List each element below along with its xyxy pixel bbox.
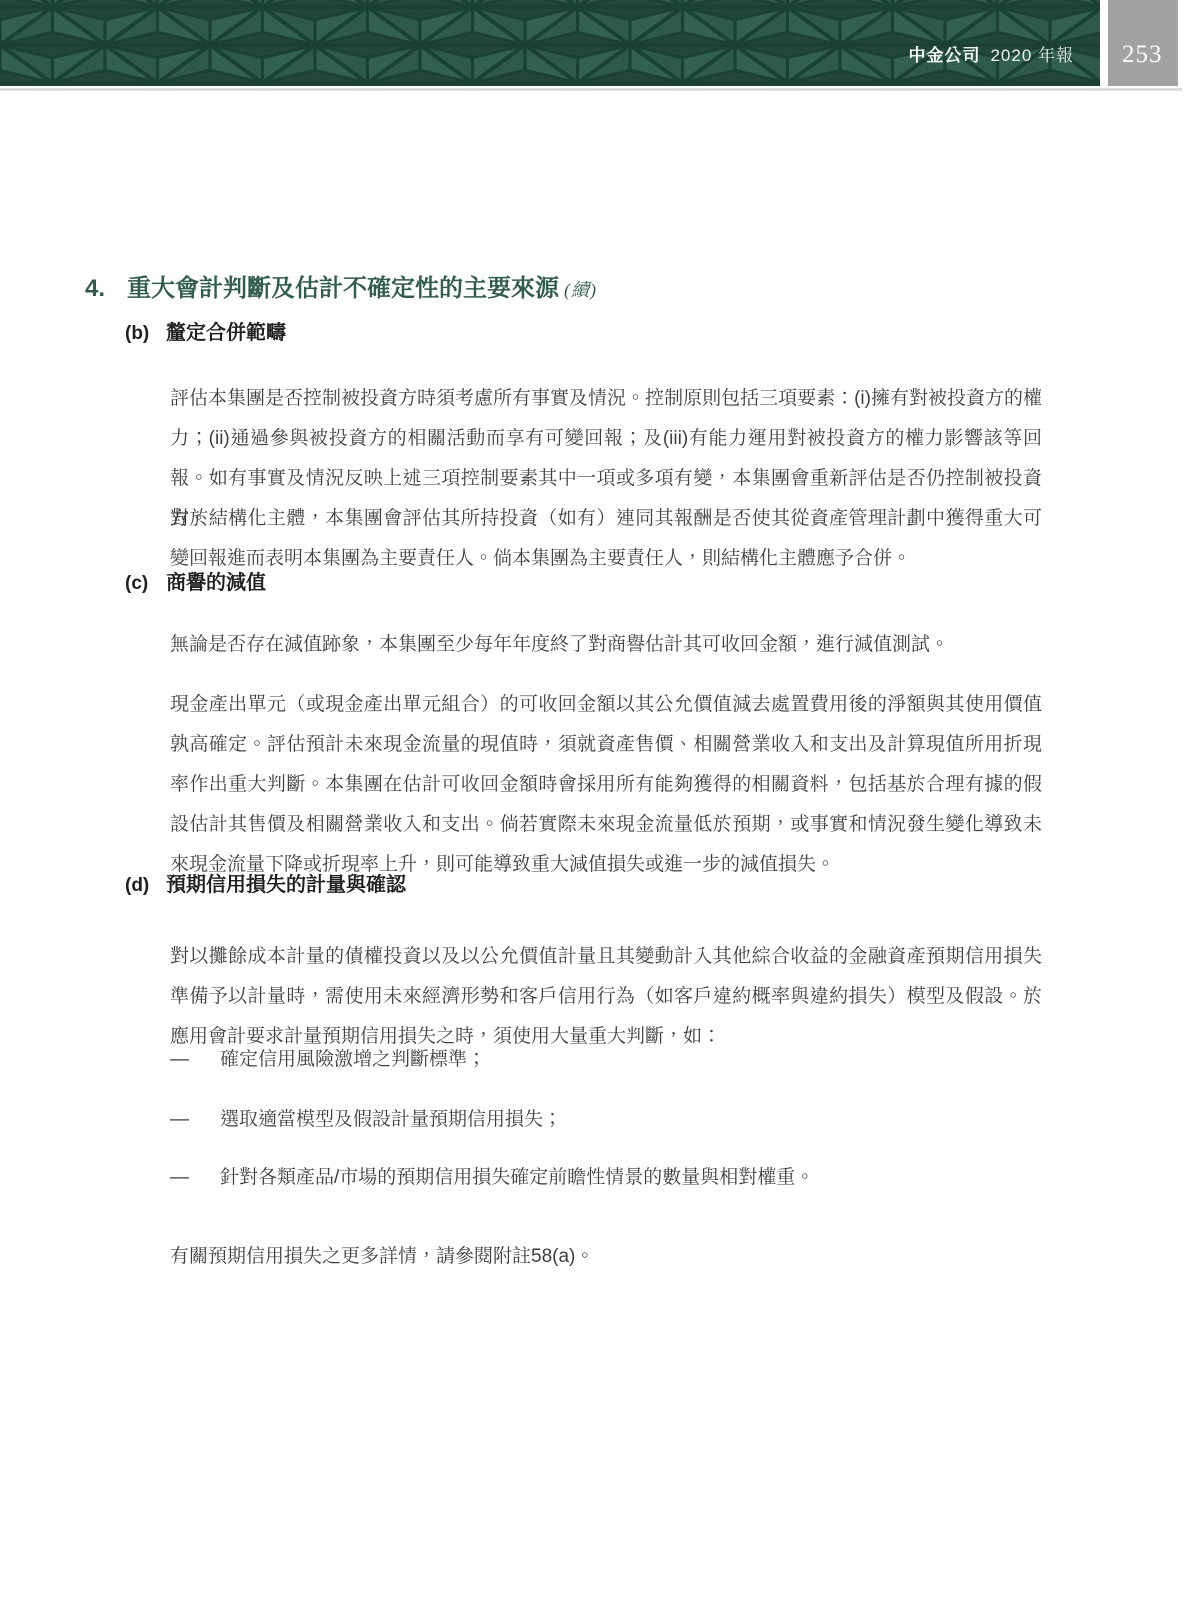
subsection-c-title: 商譽的減值	[166, 570, 266, 596]
note-reference-text: 有關預期信用損失之更多詳情，請參閱附註58(a)。	[170, 1237, 1042, 1277]
annual-report-page: 中金公司2020 年報 253 4. 重大會計判斷及估計不確定性的主要來源(續)…	[0, 0, 1190, 1615]
page-header-banner: 中金公司2020 年報	[0, 0, 1100, 86]
report-year-label: 2020 年報	[990, 46, 1074, 65]
subsection-c-label: (c)	[125, 571, 166, 597]
subsection-c-heading: (c) 商譽的減值	[125, 570, 266, 597]
section-continued-suffix: (續)	[564, 280, 597, 300]
list-item-text: 選取適當模型及假設計量預期信用損失；	[220, 1100, 562, 1140]
bullet-dash-marker: —	[170, 1100, 220, 1140]
bullet-dash-marker: —	[170, 1040, 220, 1080]
bullet-dash-marker: —	[170, 1158, 220, 1198]
paragraph: 對以攤餘成本計量的債權投資以及以公允價值計量且其變動計入其他綜合收益的金融資產預…	[170, 937, 1042, 1057]
subsection-b-title: 釐定合併範疇	[166, 320, 286, 346]
header-divider-line	[0, 88, 1182, 91]
subsection-d-title: 預期信用損失的計量與確認	[166, 872, 406, 898]
subsection-b-label: (b)	[125, 321, 166, 347]
company-name: 中金公司	[908, 46, 980, 65]
report-title: 中金公司2020 年報	[908, 47, 1074, 64]
list-item: — 針對各類產品/市場的預期信用損失確定前瞻性情景的數量與相對權重。	[170, 1158, 1042, 1198]
paragraph: 無論是否存在減值跡象，本集團至少每年年度終了對商譽估計其可收回金額，進行減值測試…	[170, 625, 1042, 665]
paragraph: 對於結構化主體，本集團會評估其所持投資（如有）連同其報酬是否使其從資產管理計劃中…	[170, 499, 1042, 579]
page-number: 253	[1122, 42, 1163, 67]
list-item: — 選取適當模型及假設計量預期信用損失；	[170, 1100, 1042, 1140]
section-number: 4.	[85, 274, 127, 304]
subsection-d-label: (d)	[125, 873, 166, 899]
asanoha-pattern-decoration	[0, 0, 1100, 86]
list-item: — 確定信用風險激增之判斷標準；	[170, 1040, 1042, 1080]
section-title: 重大會計判斷及估計不確定性的主要來源(續)	[127, 274, 597, 305]
list-item-text: 針對各類產品/市場的預期信用損失確定前瞻性情景的數量與相對權重。	[220, 1158, 814, 1198]
list-item-text: 確定信用風險激增之判斷標準；	[220, 1040, 486, 1080]
section-heading: 4. 重大會計判斷及估計不確定性的主要來源(續)	[85, 274, 1085, 305]
subsection-d-heading: (d) 預期信用損失的計量與確認	[125, 872, 406, 899]
page-number-box: 253	[1108, 0, 1178, 86]
paragraph: 現金產出單元（或現金產出單元組合）的可收回金額以其公允價值減去處置費用後的淨額與…	[170, 685, 1042, 885]
subsection-b-heading: (b) 釐定合併範疇	[125, 320, 286, 347]
